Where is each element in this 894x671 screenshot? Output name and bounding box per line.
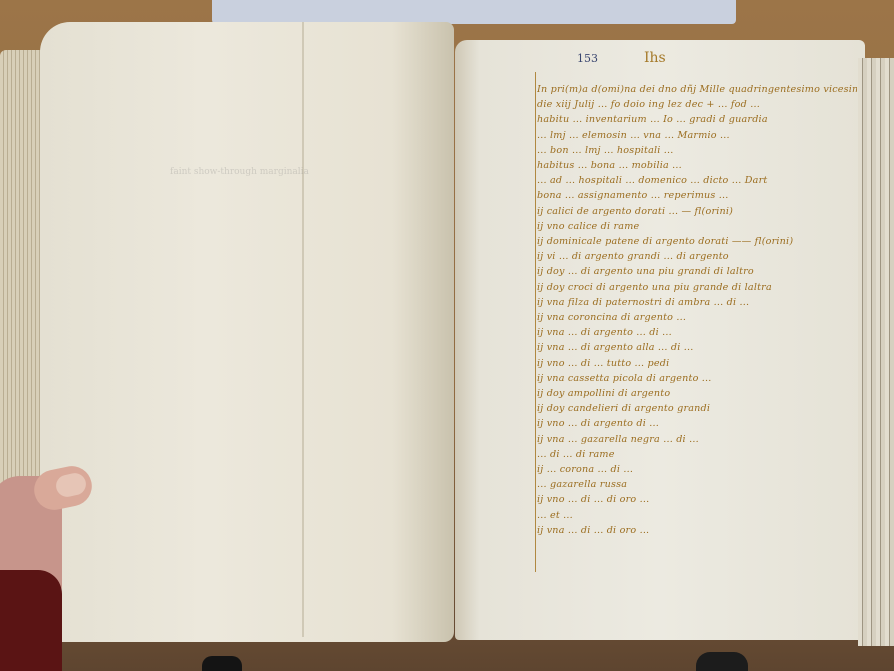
text-line: bona ... assignamento ... reperimus ...: [537, 188, 857, 203]
text-line: habitus ... bona ... mobilia ...: [537, 158, 857, 173]
text-line: ij vna cassetta picola di argento ...: [537, 371, 857, 386]
backing-board: [212, 0, 736, 24]
text-line: ... ad ... hospitali ... domenico ... di…: [537, 173, 857, 188]
text-line: die xiij Julij ... fo doio ing lez dec +…: [537, 97, 857, 112]
text-line: ij doy croci di argento una piu grande d…: [537, 280, 857, 295]
header-monogram: Ihs: [644, 50, 666, 66]
text-line: ij doy candelieri di argento grandi: [537, 401, 857, 416]
manuscript-text: In pri(m)a d(omi)na dei dno dñj Mille qu…: [537, 82, 857, 538]
text-line: ... bon ... lmj ... hospitali ...: [537, 143, 857, 158]
text-line: In pri(m)a d(omi)na dei dno dñj Mille qu…: [537, 82, 857, 97]
text-line: ij doy ampollini di argento: [537, 386, 857, 401]
red-sleeve: [0, 570, 62, 671]
text-line: habitu ... inventarium ... Io ... gradi …: [537, 112, 857, 127]
text-line: ij vna filza di paternostri di ambra ...…: [537, 295, 857, 310]
text-line: ij vna ... di ... di oro ...: [537, 523, 857, 538]
page-fold: [302, 22, 304, 637]
text-line: ij vno ... di argento di ...: [537, 416, 857, 431]
text-line: ij vi ... di argento grandi ... di argen…: [537, 249, 857, 264]
right-page-edges: [858, 58, 894, 646]
folio-number: 153: [577, 52, 598, 65]
text-line: ij vna ... di argento alla ... di ...: [537, 340, 857, 355]
text-line: ij calici de argento dorati ... — fl(ori…: [537, 204, 857, 219]
book-weight-left: [202, 656, 242, 671]
photo-scene: faint show-through marginalia 153 Ihs In…: [0, 0, 894, 671]
text-line: ij vna ... gazarella negra ... di ...: [537, 432, 857, 447]
text-line: ij ... corona ... di ...: [537, 462, 857, 477]
text-line: ij vno ... di ... di oro ...: [537, 492, 857, 507]
text-line: ij vno calice di rame: [537, 219, 857, 234]
book-weight-right: [696, 652, 748, 671]
text-line: ij vna ... di argento ... di ...: [537, 325, 857, 340]
left-page: faint show-through marginalia: [40, 22, 454, 642]
text-line: ... di ... di rame: [537, 447, 857, 462]
text-line: ij vno ... di ... tutto ... pedi: [537, 356, 857, 371]
show-through-text: faint show-through marginalia: [170, 162, 350, 182]
text-line: ... lmj ... elemosin ... vna ... Marmio …: [537, 128, 857, 143]
text-line: ... gazarella russa: [537, 477, 857, 492]
text-line: ij doy ... di argento una piu grandi di …: [537, 264, 857, 279]
text-line: ... et ...: [537, 508, 857, 523]
text-line: ij vna coroncina di argento ...: [537, 310, 857, 325]
text-line: ij dominicale patene di argento dorati —…: [537, 234, 857, 249]
